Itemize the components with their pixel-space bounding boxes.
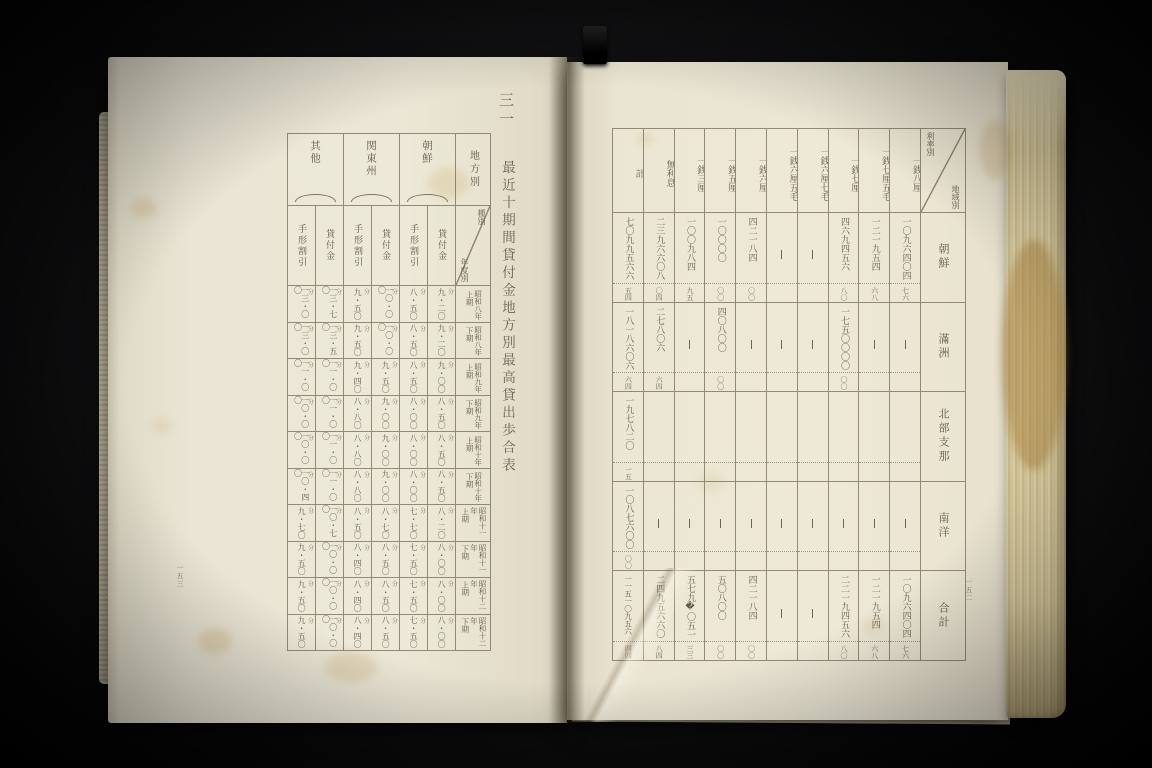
- dash-mark: [905, 519, 906, 528]
- rate-unit: 分: [364, 470, 370, 479]
- rate-value: 八・五〇: [382, 616, 389, 648]
- rate-unit: 分: [364, 287, 370, 296]
- rate-value: 八・五〇: [438, 397, 445, 429]
- amount-value: 一〇〇〇〇: [716, 217, 725, 262]
- rate-header-label: 一銭六厘五毛: [767, 147, 797, 201]
- rate-unit: 分: [364, 360, 370, 369]
- rate-value: 一〇・七〇: [322, 505, 336, 541]
- rate-header-label: 一銭三厘: [675, 156, 705, 192]
- amount-value: 四〇八〇〇: [716, 307, 725, 352]
- rate-unit: 分: [336, 324, 342, 333]
- column-subheader: 手形割引: [288, 206, 316, 286]
- dash-mark: [905, 340, 906, 349]
- amount-value: 一八一八六〇六: [623, 307, 632, 370]
- rate-unit: 分: [364, 397, 370, 406]
- rate-value: 八・八〇: [354, 397, 361, 429]
- region-name: 関東州: [364, 140, 379, 178]
- corner-region-header: 地方別: [456, 134, 491, 206]
- amount-cell: 二三九六六〇八〇四: [644, 213, 675, 303]
- amount-cell: 一〇九六四〇四七六: [890, 571, 921, 661]
- rate-value: 八・二〇: [438, 507, 445, 539]
- rate-unit: 分: [420, 433, 426, 442]
- rate-unit: 分: [364, 506, 370, 515]
- rate-unit: 分: [420, 579, 426, 588]
- rate-value: 九・二〇: [438, 324, 445, 356]
- amount-cell: [859, 482, 890, 572]
- rate-unit: 分: [336, 616, 342, 625]
- amount-decimals: 〇〇: [717, 287, 724, 301]
- amount-decimals: 〇〇: [840, 376, 847, 390]
- rate-unit: 分: [392, 579, 398, 588]
- rate-value: 一〇・四〇: [294, 469, 308, 505]
- amount-decimals: 〇四: [655, 287, 662, 301]
- book-photo: 三一 最近十期間貸付金地方別最高貸出歩合表 地方別種別年度別朝鮮貸付金手形割引関…: [0, 0, 1152, 768]
- rate-value-cell: 分九・七〇: [288, 505, 316, 542]
- binder-clip: [583, 26, 607, 64]
- rate-value-cell: 分一〇・四〇: [288, 469, 316, 506]
- period-label: 昭和十年上期: [464, 434, 481, 466]
- rate-value-cell: 分一〇・〇〇: [372, 286, 400, 323]
- dash-mark: [812, 609, 813, 618]
- region-row-header: 朝鮮: [921, 213, 966, 303]
- rate-value-cell: 分八・〇〇: [400, 396, 428, 433]
- dash-mark: [658, 519, 659, 528]
- rate-unit: 分: [336, 397, 342, 406]
- dash-mark: [689, 519, 690, 528]
- region-header: 朝鮮: [400, 134, 456, 206]
- period-label: 昭和十一年下期: [460, 542, 486, 578]
- rate-value: 八・五〇: [410, 288, 417, 320]
- amount-cell: [767, 392, 798, 482]
- rate-value-cell: 分九・二〇: [428, 286, 456, 323]
- rate-value: 八・〇〇: [410, 470, 417, 502]
- rate-unit: 分: [308, 324, 314, 333]
- region-header: 関東州: [344, 134, 400, 206]
- amount-cell: 四二一八四〇〇: [736, 213, 767, 303]
- amount-decimals: 七六: [902, 645, 909, 659]
- period-label: 昭和九年下期: [464, 397, 481, 429]
- rate-value-cell: 分八・八〇: [344, 469, 372, 506]
- rate-unit: 分: [420, 287, 426, 296]
- region-row-header: 滿洲: [921, 303, 966, 393]
- rate-value: 八・〇〇: [438, 543, 445, 575]
- rate-value-cell: 分八・二〇: [428, 505, 456, 542]
- rate-column-header: 無利息: [644, 129, 675, 213]
- rate-unit: 分: [448, 543, 454, 552]
- region-row-header: 合計: [921, 571, 966, 661]
- rate-value-cell: 分八・五〇: [344, 505, 372, 542]
- rate-value: 九・五〇: [382, 361, 389, 393]
- rate-unit: 分: [336, 470, 342, 479]
- region-name: 滿洲: [935, 333, 951, 361]
- rate-value-cell: 分七・五〇: [400, 578, 428, 615]
- amount-decimals: 三三: [686, 645, 693, 659]
- rate-value: 一〇・〇〇: [294, 396, 308, 432]
- subheader-label: 手形割引: [351, 224, 364, 268]
- period-row-header: 昭和十一年上期: [456, 505, 491, 542]
- amount-value: 二二一九四五六: [839, 575, 848, 638]
- rate-value: 八・五〇: [382, 580, 389, 612]
- rate-value-cell: 分一〇・〇〇: [288, 432, 316, 469]
- fore-edge-page-block: [1006, 70, 1066, 718]
- period-row-header: 昭和九年上期: [456, 359, 491, 396]
- rate-unit: 分: [308, 579, 314, 588]
- amount-cell: 一〇〇九八四九五: [675, 213, 706, 303]
- amount-cell: [705, 392, 736, 482]
- amount-cell: [829, 392, 860, 482]
- region-header: 其他: [288, 134, 344, 206]
- rate-value: 八・〇〇: [438, 580, 445, 612]
- rate-value: 一三・〇〇: [294, 286, 308, 322]
- amount-cell: 一〇八七六〇〇〇〇: [613, 482, 644, 572]
- period-label: 昭和九年上期: [464, 361, 481, 393]
- rate-value-cell: 分一一・〇〇: [316, 432, 344, 469]
- rate-value: 一〇・〇〇: [322, 578, 336, 614]
- amount-decimals: 八〇: [840, 645, 847, 659]
- rate-value-cell: 分九・二〇: [428, 323, 456, 360]
- amount-cell: [798, 303, 829, 393]
- amount-cell: [829, 482, 860, 572]
- rate-header-label: 一銭六厘: [736, 156, 766, 192]
- rate-value: 一〇・〇〇: [322, 542, 336, 578]
- rate-unit: 分: [448, 324, 454, 333]
- rate-unit: 分: [392, 397, 398, 406]
- amount-cell: [890, 303, 921, 393]
- rate-value: 八・五〇: [354, 507, 361, 539]
- rate-value: 八・〇〇: [410, 397, 417, 429]
- dash-mark: [874, 519, 875, 528]
- amount-cell: 一一五一〇九五六四四: [613, 571, 644, 661]
- amount-decimals: 九五: [686, 287, 693, 301]
- region-row-header: 北部支那: [921, 392, 966, 482]
- amount-cell: [859, 392, 890, 482]
- amount-cell: [798, 571, 829, 661]
- amount-cell: [675, 392, 706, 482]
- rate-unit: 分: [448, 616, 454, 625]
- amount-cell: 一九七八二〇一五: [613, 392, 644, 482]
- rate-unit: 分: [308, 506, 314, 515]
- amount-cell: [736, 482, 767, 572]
- rate-unit: 分: [420, 324, 426, 333]
- corner-header-label: 地方別: [466, 150, 481, 189]
- amount-cell: [767, 213, 798, 303]
- rate-header-label: 一銭七厘: [829, 156, 859, 192]
- rate-value-cell: 分一一・〇〇: [288, 359, 316, 396]
- rate-column-header: 一銭五厘: [705, 129, 736, 213]
- rate-value-cell: 分八・〇〇: [400, 469, 428, 506]
- rate-value-cell: 分八・〇〇: [428, 578, 456, 615]
- amount-value: 五〇八〇〇: [716, 575, 725, 620]
- amount-decimals: 一五: [624, 466, 631, 480]
- corner-axis-cell: 種別年度別: [456, 206, 491, 286]
- rate-value-cell: 分一〇・〇〇: [316, 542, 344, 579]
- rate-column-header: 一銭六厘七毛: [798, 129, 829, 213]
- amount-value: 一〇八七六〇〇: [623, 486, 632, 549]
- rate-value-cell: 分八・五〇: [428, 432, 456, 469]
- rate-value-cell: 分八・〇〇: [428, 615, 456, 652]
- rate-value: 七・五〇: [410, 543, 417, 575]
- rate-unit: 分: [392, 287, 398, 296]
- rate-unit: 分: [308, 616, 314, 625]
- rate-value: 一一・〇〇: [294, 359, 308, 395]
- rate-column-header: 一銭六厘五毛: [767, 129, 798, 213]
- rate-value-cell: 分九・五〇: [344, 286, 372, 323]
- amount-cell: [798, 213, 829, 303]
- rate-unit: 分: [420, 470, 426, 479]
- region-name: 北部支那: [935, 408, 951, 464]
- rate-unit: 分: [364, 579, 370, 588]
- period-row-header: 昭和八年上期: [456, 286, 491, 323]
- period-label: 昭和八年上期: [464, 288, 481, 320]
- rate-unit: 分: [448, 579, 454, 588]
- region-name: 南洋: [935, 512, 951, 540]
- rate-value-cell: 分一〇・〇〇: [288, 396, 316, 433]
- amount-value: 二七八〇六: [654, 307, 663, 352]
- amount-cell: 四六九四五六八〇: [829, 213, 860, 303]
- rate-unit: 分: [308, 433, 314, 442]
- left-page-number: 一五三: [175, 564, 185, 588]
- period-row-header: 昭和八年下期: [456, 323, 491, 360]
- amount-decimals: 六四: [624, 376, 631, 390]
- rate-unit: 分: [364, 616, 370, 625]
- brace-mark: [351, 194, 393, 202]
- amount-cell: [675, 482, 706, 572]
- amount-cell: [767, 482, 798, 572]
- period-row-header: 昭和十年上期: [456, 432, 491, 469]
- rate-column-header: 一銭三厘: [675, 129, 706, 213]
- rate-value-cell: 分一〇・〇〇: [372, 323, 400, 360]
- rate-unit: 分: [420, 616, 426, 625]
- rate-value-cell: 分八・〇〇: [400, 432, 428, 469]
- rate-value-cell: 分八・四〇: [344, 615, 372, 652]
- rate-unit: 分: [448, 397, 454, 406]
- amount-cell: [798, 392, 829, 482]
- dash-mark: [874, 340, 875, 349]
- amount-cell: 一〇〇〇〇〇〇: [705, 213, 736, 303]
- rate-value: 八・〇〇: [410, 434, 417, 466]
- subheader-label: 手形割引: [407, 224, 420, 268]
- amount-value: 一九七八二〇: [623, 396, 632, 450]
- amount-value: 七〇九九五六六: [623, 217, 632, 280]
- rate-unit: 分: [336, 543, 342, 552]
- rate-unit: 分: [392, 360, 398, 369]
- dash-mark: [812, 519, 813, 528]
- rate-value: 九・二〇: [438, 288, 445, 320]
- amount-value: 一二一九五四: [870, 575, 879, 629]
- rate-value: 九・五〇: [354, 288, 361, 320]
- subheader-label: 貸付金: [379, 229, 392, 262]
- period-label: 昭和十二年上期: [460, 578, 486, 614]
- amount-cell: 五〇八〇〇〇〇: [705, 571, 736, 661]
- amount-cell: [859, 303, 890, 393]
- amount-decimals: 〇〇: [717, 376, 724, 390]
- amount-decimals: 〇〇: [748, 287, 755, 301]
- rate-header-label: 無利息: [644, 160, 674, 187]
- rate-unit: 分: [420, 360, 426, 369]
- rate-header-label: 一銭七厘五毛: [859, 147, 889, 201]
- amount-decimals: 〇〇: [717, 645, 724, 659]
- rate-value: 八・八〇: [354, 470, 361, 502]
- subheader-label: 貸付金: [435, 229, 448, 262]
- amount-cell: 二二一九四五六八〇: [829, 571, 860, 661]
- rate-value: 七・七〇: [410, 507, 417, 539]
- rate-column-header: 一銭八厘: [890, 129, 921, 213]
- amount-value: 五七九�〇五一: [685, 575, 694, 639]
- rate-value: 七・五〇: [410, 616, 417, 648]
- rate-value-cell: 分九・五〇: [344, 323, 372, 360]
- amount-value: 一二一九五四: [870, 217, 879, 271]
- rate-value-cell: 分八・五〇: [428, 469, 456, 506]
- rate-value: 八・四〇: [354, 616, 361, 648]
- period-label: 昭和十二年下期: [460, 615, 486, 651]
- rate-header-label: 計: [613, 169, 643, 178]
- rate-value: 九・〇〇: [382, 397, 389, 429]
- dash-mark: [781, 609, 782, 618]
- rate-header-label: 一銭八厘: [890, 156, 920, 192]
- rate-value-cell: 分一〇・〇〇: [316, 578, 344, 615]
- rate-unit: 分: [420, 543, 426, 552]
- rate-value: 一〇・〇〇: [378, 286, 392, 322]
- rate-unit: 分: [336, 506, 342, 515]
- amount-value: 一一五一〇九五六: [624, 575, 632, 635]
- region-name: 合計: [935, 602, 951, 630]
- period-row-header: 昭和十年下期: [456, 469, 491, 506]
- rate-value-cell: 分八・五〇: [400, 323, 428, 360]
- column-subheader: 手形割引: [344, 206, 372, 286]
- rate-value: 一一・〇〇: [322, 469, 336, 505]
- axis-label: 利率別: [925, 132, 936, 156]
- amount-decimals: 五四: [624, 287, 631, 301]
- period-label: 昭和八年下期: [464, 324, 481, 356]
- rate-column-header: 一銭六厘: [736, 129, 767, 213]
- column-subheader: 貸付金: [372, 206, 400, 286]
- amount-cell: 一七五〇〇〇〇〇〇: [829, 303, 860, 393]
- rates-by-region-table: 地方別種別年度別朝鮮貸付金手形割引関東州貸付金手形割引其他貸付金手形割引昭和八年…: [287, 133, 491, 651]
- corner-axis-cell: 利率別地域別: [921, 129, 966, 213]
- rate-unit: 分: [448, 470, 454, 479]
- rate-value: 九・五〇: [354, 324, 361, 356]
- rate-value-cell: 分八・五〇: [372, 615, 400, 652]
- rate-value-cell: 分八・四〇: [344, 542, 372, 579]
- amount-decimals: 〇〇: [624, 555, 631, 569]
- rate-value-cell: 分一〇・七〇: [316, 505, 344, 542]
- amount-decimals: 七六: [902, 287, 909, 301]
- amount-decimals: 六八: [871, 287, 878, 301]
- period-label: 昭和十年下期: [464, 470, 481, 502]
- rate-value-cell: 分九・〇〇: [428, 359, 456, 396]
- amount-cell: 四〇八〇〇〇〇: [705, 303, 736, 393]
- amount-value: 一〇〇九八四: [685, 217, 694, 271]
- rate-value-cell: 分一一・〇〇: [316, 396, 344, 433]
- period-row-header: 昭和十二年上期: [456, 578, 491, 615]
- rate-value: 九・五〇: [298, 543, 305, 575]
- rate-unit: 分: [448, 433, 454, 442]
- amount-value: 二四九五六六〇: [654, 575, 663, 638]
- amount-cell: 一二一九五四六八: [859, 571, 890, 661]
- rate-value: 九・五〇: [298, 580, 305, 612]
- dash-mark: [720, 519, 721, 528]
- region-name: 其他: [308, 140, 323, 165]
- subheader-label: 手形割引: [295, 224, 308, 268]
- page-title: 最近十期間貸付金地方別最高貸出歩合表: [497, 160, 517, 475]
- rate-value-cell: 分一三・〇〇: [288, 286, 316, 323]
- rate-value: 一〇・〇〇: [294, 432, 308, 468]
- rate-value: 九・五〇: [298, 616, 305, 648]
- amount-cell: [798, 482, 829, 572]
- rate-value-cell: 分七・七〇: [400, 505, 428, 542]
- rate-unit: 分: [448, 360, 454, 369]
- period-label: 昭和十一年上期: [460, 505, 486, 541]
- rate-unit: 分: [392, 470, 398, 479]
- rate-value: 一〇・〇〇: [378, 323, 392, 359]
- rate-value-cell: 分一〇・〇〇: [316, 615, 344, 652]
- amount-decimals: 六八: [871, 645, 878, 659]
- amount-cell: [736, 303, 767, 393]
- rate-unit: 分: [448, 287, 454, 296]
- rate-value: 八・五〇: [438, 434, 445, 466]
- dash-mark: [751, 519, 752, 528]
- rate-value-cell: 分九・五〇: [288, 578, 316, 615]
- rate-value-cell: 分九・〇〇: [372, 469, 400, 506]
- rate-value: 九・〇〇: [438, 361, 445, 393]
- rate-value-cell: 分八・五〇: [400, 359, 428, 396]
- amount-value: 四二一八四: [747, 575, 756, 620]
- rate-unit: 分: [364, 324, 370, 333]
- amount-cell: 一二一九五四六八: [859, 213, 890, 303]
- amount-cell: [767, 571, 798, 661]
- amount-cell: 一八一八六〇六六四: [613, 303, 644, 393]
- rate-value: 九・〇〇: [382, 434, 389, 466]
- amount-cell: 四二一八四〇〇: [736, 571, 767, 661]
- column-subheader: 貸付金: [428, 206, 456, 286]
- rate-value: 九・七〇: [298, 507, 305, 539]
- rate-value-cell: 分八・七〇: [372, 505, 400, 542]
- rate-unit: 分: [336, 287, 342, 296]
- rate-value: 一〇・〇〇: [322, 615, 336, 651]
- rate-value-cell: 分七・五〇: [400, 542, 428, 579]
- rate-value: 八・七〇: [382, 507, 389, 539]
- rate-value-cell: 分八・八〇: [344, 396, 372, 433]
- rate-value: 八・五〇: [410, 361, 417, 393]
- dash-mark: [781, 519, 782, 528]
- rate-value-cell: 分七・五〇: [400, 615, 428, 652]
- rate-value: 一三・五〇: [322, 323, 336, 359]
- rate-value: 一一・〇〇: [322, 432, 336, 468]
- rate-unit: 分: [308, 470, 314, 479]
- rate-header-label: 一銭六厘七毛: [798, 147, 828, 201]
- rate-column-header: 一銭七厘: [829, 129, 860, 213]
- rate-value-cell: 分八・五〇: [400, 286, 428, 323]
- dash-mark: [781, 250, 782, 259]
- axis-label: 年度別: [459, 258, 470, 282]
- dash-mark: [843, 519, 844, 528]
- brace-mark: [407, 194, 449, 202]
- amount-value: 四二一八四: [747, 217, 756, 262]
- rate-value: 九・〇〇: [382, 470, 389, 502]
- right-page-number: 一五二: [964, 578, 974, 602]
- amount-cell: 五七九�〇五一三三: [675, 571, 706, 661]
- rate-column-header: 一銭七厘五毛: [859, 129, 890, 213]
- rate-value: 八・四〇: [354, 580, 361, 612]
- rate-unit: 分: [308, 360, 314, 369]
- rate-value-cell: 分九・五〇: [288, 542, 316, 579]
- amount-decimals: 四四: [624, 645, 631, 659]
- rate-unit: 分: [308, 543, 314, 552]
- amount-cell: 二四九五六六〇八四: [644, 571, 675, 661]
- amount-cell: 七〇九九五六六五四: [613, 213, 644, 303]
- rate-unit: 分: [392, 543, 398, 552]
- amounts-by-rate-table: 利率別地域別一銭八厘一銭七厘五毛一銭七厘一銭六厘七毛一銭六厘五毛一銭六厘一銭五厘…: [612, 128, 966, 661]
